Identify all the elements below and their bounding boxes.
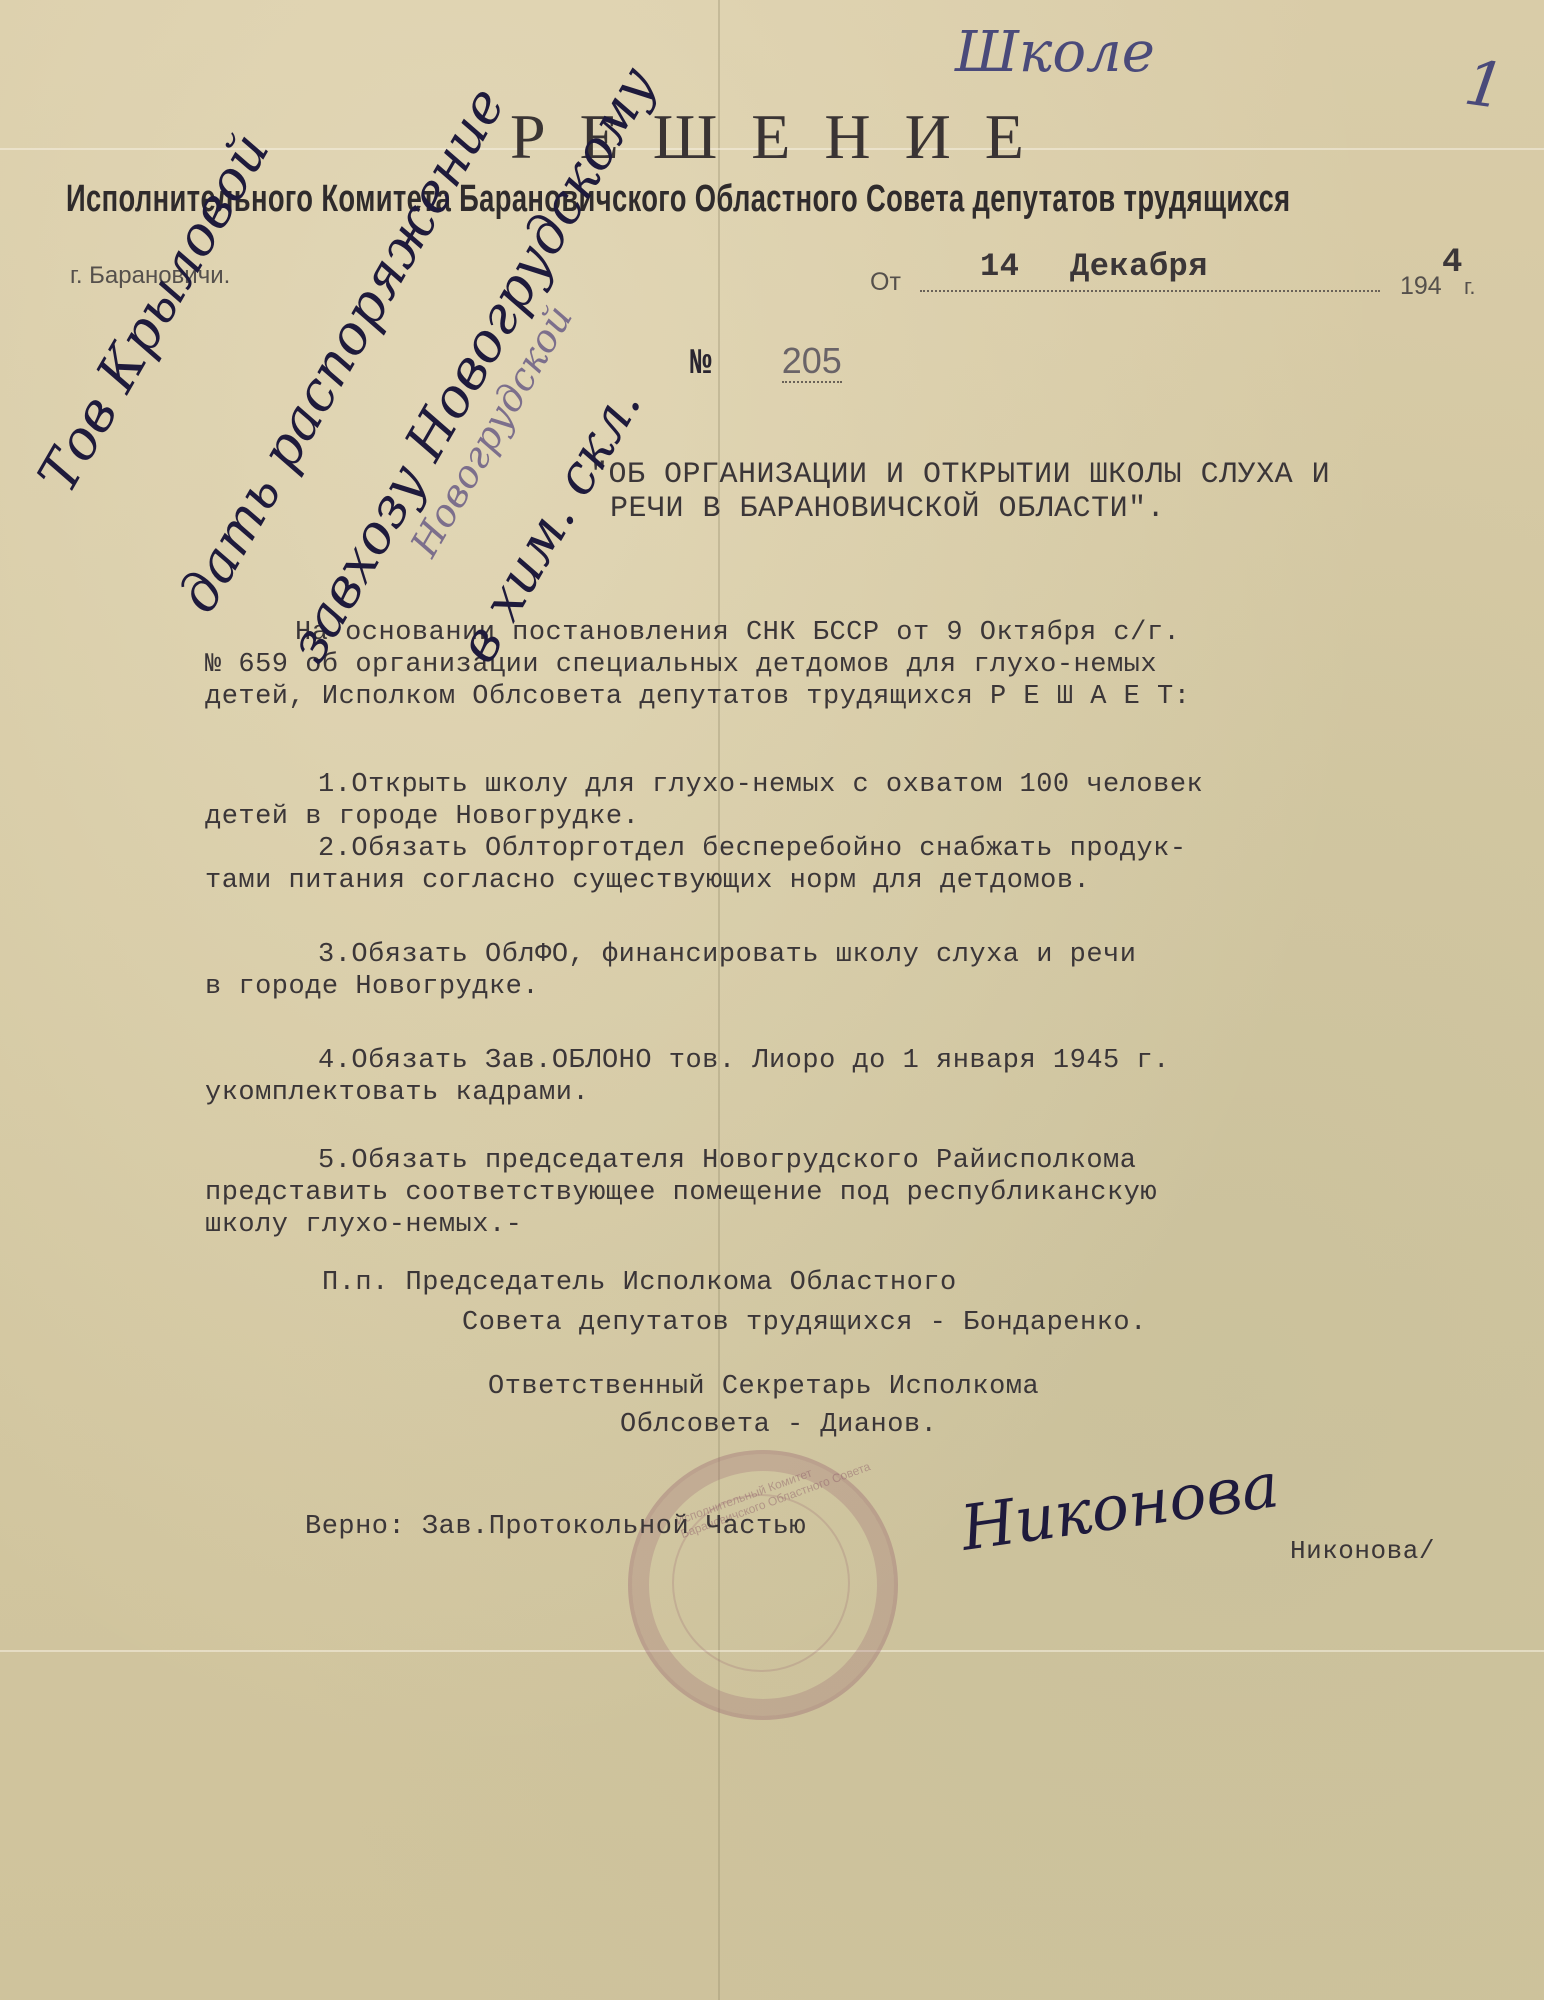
item-1-line-1: 1.Открыть школу для глухо-немых с охвато… — [318, 770, 1203, 800]
chair-line-1: П.п. Председатель Исполкома Областного — [322, 1268, 957, 1298]
certifier-name: Никонова/ — [1290, 1536, 1435, 1566]
preamble-line-1: На основании постановления СНК БССР от 9… — [295, 618, 1180, 648]
item-5-line-2: представить соответствующее помещение по… — [205, 1178, 1157, 1208]
date-day: 14 — [980, 248, 1019, 285]
date-year-prefix: 194 — [1400, 272, 1442, 301]
subject-line-2: РЕЧИ В БАРАНОВИЧСКОЙ ОБЛАСТИ". — [610, 492, 1165, 526]
number-value: 205 — [782, 340, 842, 383]
handwritten-note-school: Школе — [955, 20, 1155, 85]
item-1-line-2: детей в городе Новогрудке. — [205, 802, 639, 832]
preamble-line-3: детей, Исполком Облсовета депутатов труд… — [205, 682, 1190, 712]
item-5-line-3: школу глухо-немых.- — [205, 1210, 522, 1240]
date-year-suffix: г. — [1464, 274, 1475, 300]
date-year-digit: 4 — [1442, 244, 1463, 282]
item-5-line-1: 5.Обязать председателя Новогрудского Рай… — [318, 1146, 1136, 1176]
number-sign: № — [690, 343, 712, 384]
date-dotted-line — [920, 290, 1380, 292]
preamble-line-2: № 659 об организации специальных детдомо… — [205, 650, 1157, 680]
official-seal-stamp: Исполнительный Комитет Барановичского Об… — [628, 1450, 898, 1720]
date-line: От 14 Декабря 194 4 г. — [870, 248, 1470, 298]
decision-number: № 205 — [690, 340, 842, 384]
item-2-line-2: тами питания согласно существующих норм … — [205, 866, 1090, 896]
secretary-line-1: Ответственный Секретарь Исполкома — [488, 1372, 1039, 1402]
date-month: Декабря — [1070, 248, 1208, 285]
secretary-line-2: Облсовета - Дианов. — [620, 1410, 937, 1440]
subject-line-1: "ОБ ОРГАНИЗАЦИИ И ОТКРЫТИИ ШКОЛЫ СЛУХА И — [590, 458, 1330, 492]
item-2-line-1: 2.Обязать Облторготдел бесперебойно снаб… — [318, 834, 1187, 864]
item-4-line-1: 4.Обязать Зав.ОБЛОНО тов. Лиоро до 1 янв… — [318, 1046, 1170, 1076]
item-4-line-2: укомплектовать кадрами. — [205, 1078, 589, 1108]
date-prefix: От — [870, 268, 901, 297]
certified-line: Верно: Зав.Протокольной Частью — [305, 1512, 806, 1542]
item-3-line-1: 3.Обязать ОблФО, финансировать школу слу… — [318, 940, 1136, 970]
chair-line-2: Совета депутатов трудящихся - Бондаренко… — [462, 1308, 1147, 1338]
item-3-line-2: в городе Новогрудке. — [205, 972, 539, 1002]
